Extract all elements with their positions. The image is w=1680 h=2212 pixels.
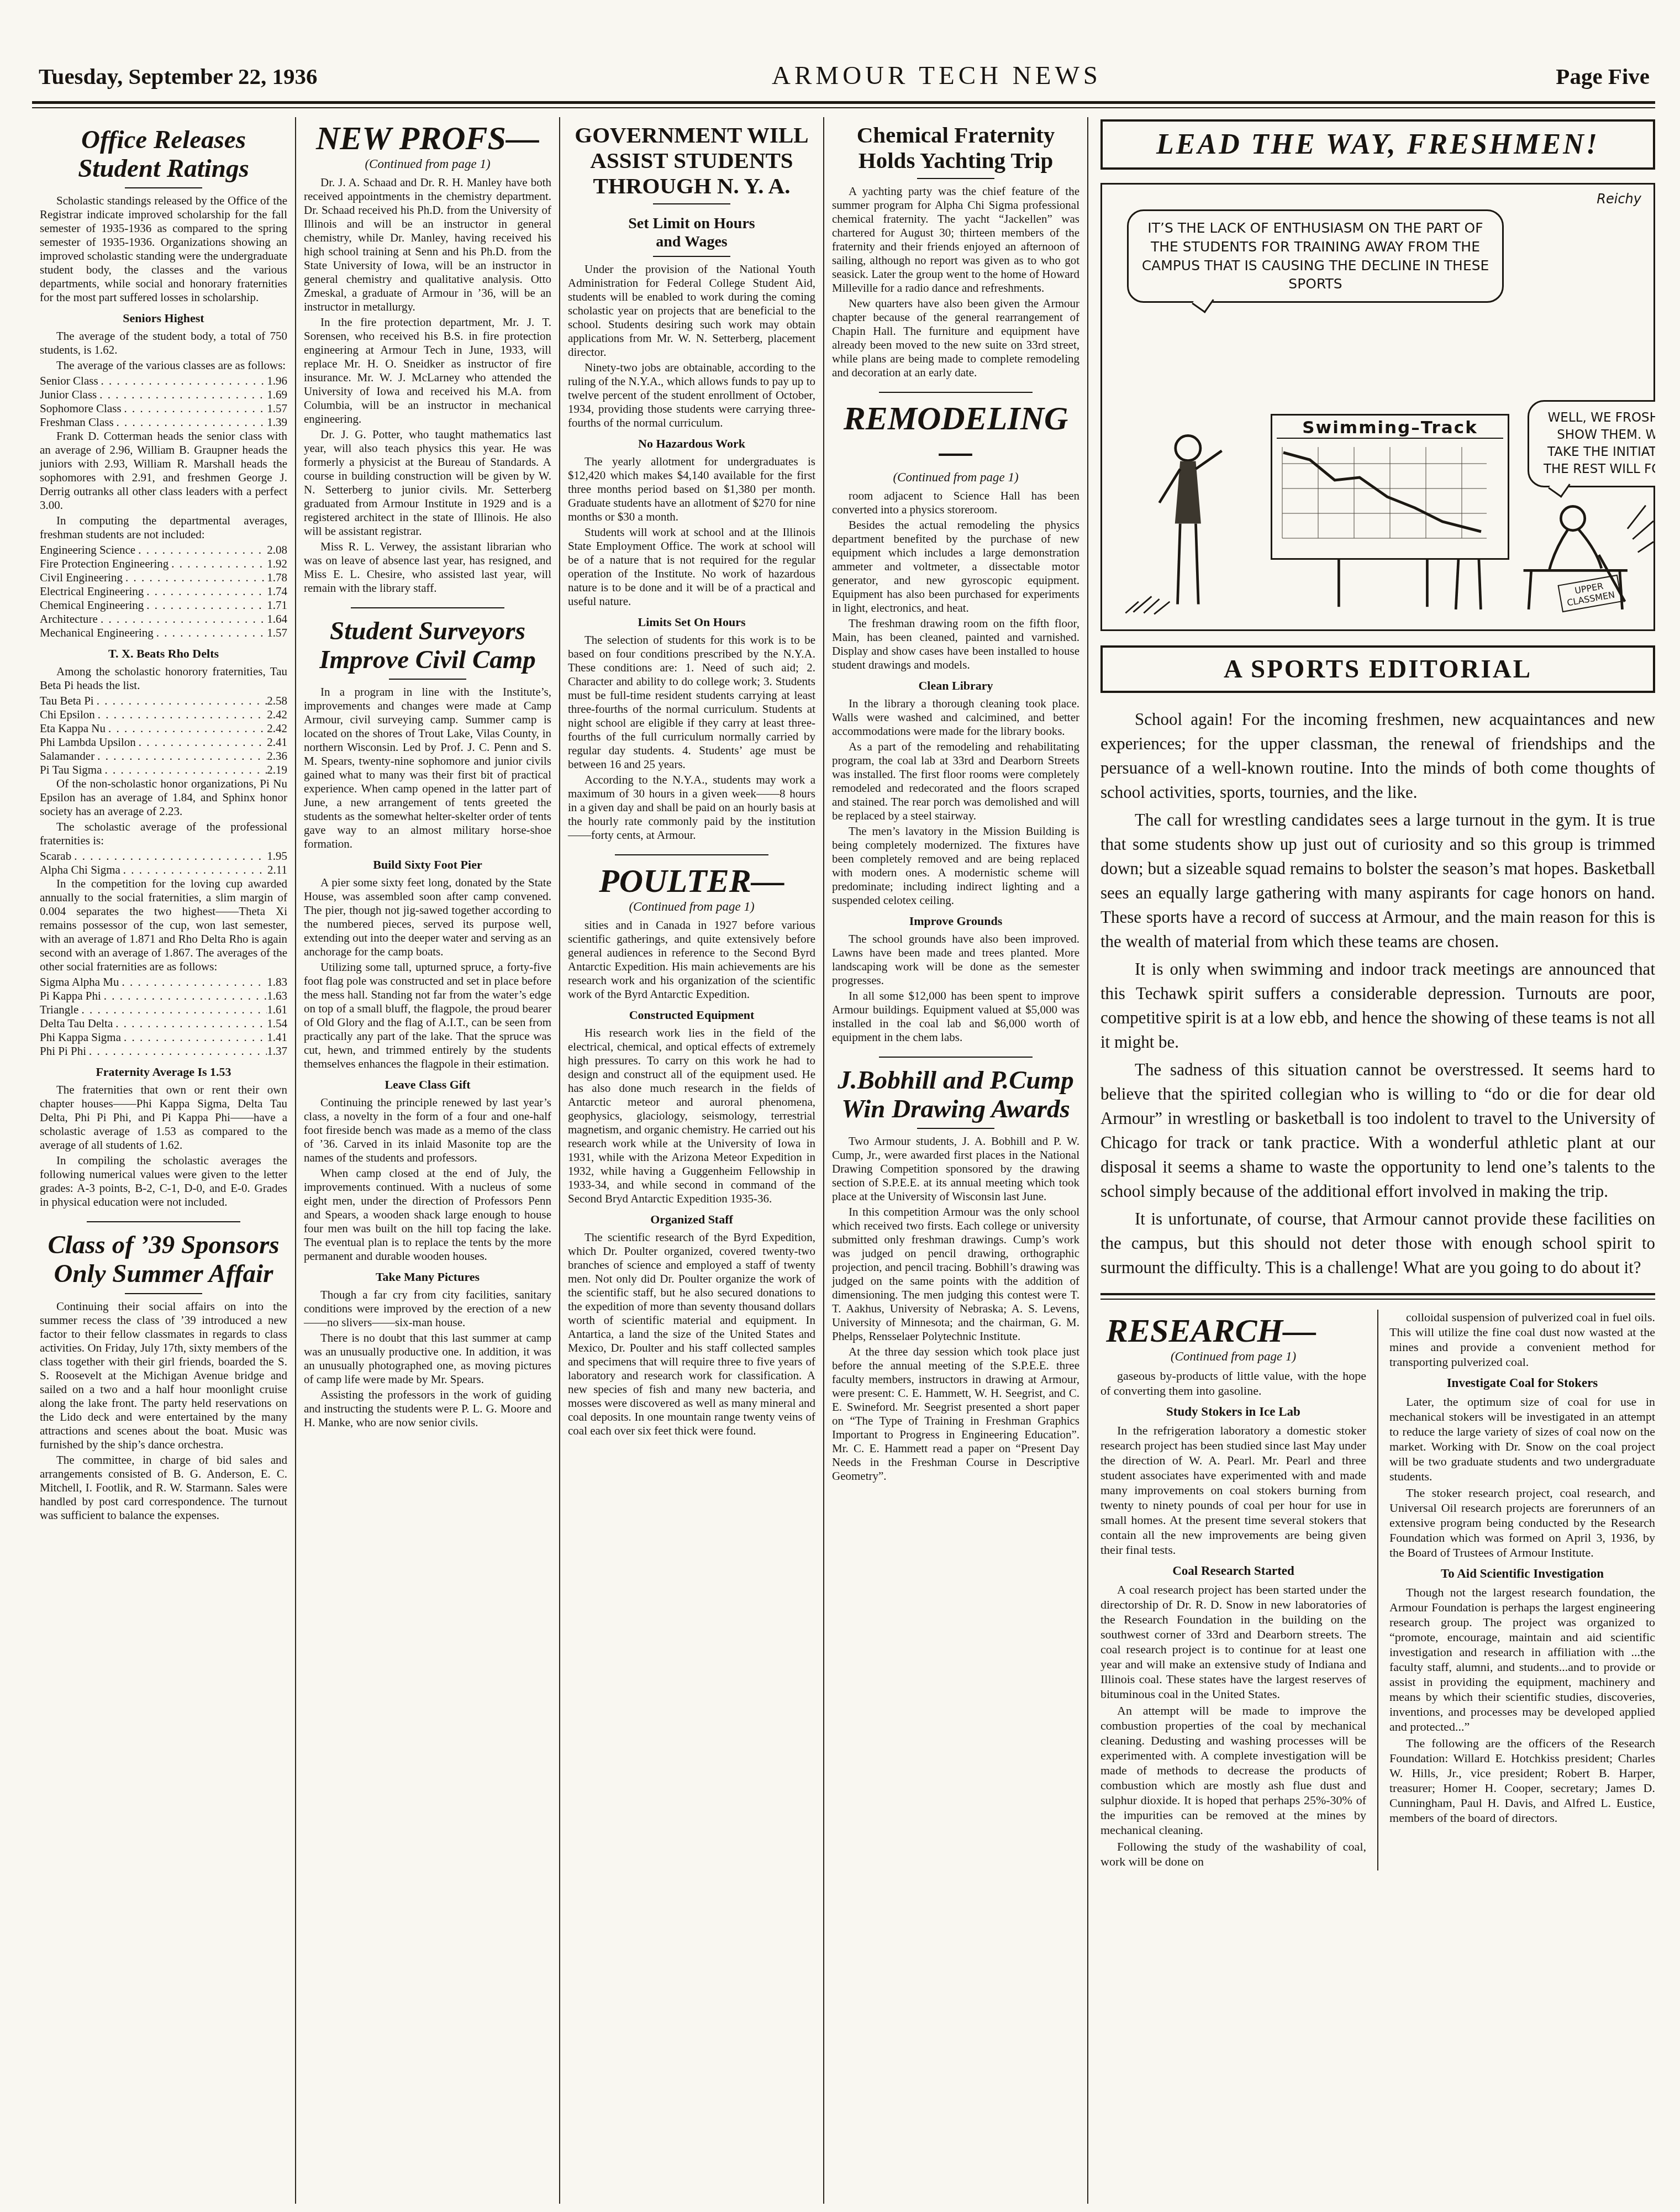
leader-dots xyxy=(168,557,267,571)
paragraph: Following the study of the washability o… xyxy=(1100,1839,1366,1869)
leader-dots xyxy=(78,1003,267,1017)
leader-value: 1.71 xyxy=(267,598,287,612)
leader-row: Mechanical Engineering1.57 xyxy=(40,626,287,640)
article-subhead: Fraternity Average Is 1.53 xyxy=(40,1065,287,1079)
leader-value: 1.41 xyxy=(267,1031,287,1044)
cartoon-title: LEAD THE WAY, FRESHMEN! xyxy=(1156,129,1599,160)
leader-dots xyxy=(121,1031,267,1044)
sports-editorial: A SPORTS EDITORIAL School again! For the… xyxy=(1100,645,1655,1280)
article-subhead: To Aid Scientific Investigation xyxy=(1389,1567,1655,1581)
title-rule xyxy=(917,178,994,179)
paragraph: There is no doubt that this last summer … xyxy=(304,1331,551,1386)
leader-label: Electrical Engineering xyxy=(40,585,144,598)
leader-value: 2.42 xyxy=(267,722,287,735)
leader-value: 2.58 xyxy=(267,694,287,708)
leader-value: 1.92 xyxy=(267,557,287,571)
article-deck: Set Limit on Hours and Wages xyxy=(568,214,815,251)
leader-value: 1.83 xyxy=(267,975,287,989)
paragraph: Though not the largest research foundati… xyxy=(1389,1585,1655,1734)
title-rule xyxy=(125,1293,202,1294)
article-student-surveyors: Student Surveyors Improve Civil Camp In … xyxy=(304,617,551,1430)
paragraph: Utilizing some tall, upturned spruce, a … xyxy=(304,960,551,1071)
leader-label: Junior Class xyxy=(40,388,97,402)
paragraph: The men’s lavatory in the Mission Buildi… xyxy=(832,824,1079,907)
cartoon-section: LEAD THE WAY, FRESHMEN! Reichy It’s the … xyxy=(1100,119,1655,631)
leader-dots xyxy=(119,975,267,989)
paragraph: Though a far cry from city facilities, s… xyxy=(304,1288,551,1330)
leader-label: Tau Beta Pi xyxy=(40,694,94,708)
article-body: room adjacent to Science Hall has been c… xyxy=(832,489,1079,1044)
article-title: POULTER— xyxy=(568,864,815,897)
leader-row: Sophomore Class1.57 xyxy=(40,402,287,416)
chart-title: Swimming–Track xyxy=(1277,418,1503,439)
article-subhead: No Hazardous Work xyxy=(568,437,815,451)
paragraph: In the fire protection department, Mr. J… xyxy=(304,316,551,426)
paragraph: New quarters have also been given the Ar… xyxy=(832,297,1079,380)
sleeper-body xyxy=(1550,529,1602,569)
article-body: Two Armour students, J. A. Bobhill and P… xyxy=(832,1134,1079,1483)
paragraph: The stoker research project, coal resear… xyxy=(1389,1485,1655,1560)
paragraph: The average of the student body, a total… xyxy=(40,329,287,357)
paragraph: sities and in Canada in 1927 before vari… xyxy=(568,918,815,1001)
column-1: Office Releases Student Ratings Scholast… xyxy=(32,117,296,2204)
leader-row: Chi Epsilon2.42 xyxy=(40,708,287,722)
leader-dots xyxy=(106,722,267,735)
paragraph: As a part of the remodeling and rehabili… xyxy=(832,740,1079,823)
article-subhead: Investigate Coal for Stokers xyxy=(1389,1376,1655,1390)
leader-label: Alpha Chi Sigma xyxy=(40,863,120,877)
leader-row: Phi Pi Phi1.37 xyxy=(40,1044,287,1058)
continued-note: (Continued from page 1) xyxy=(832,470,1079,485)
leader-value: 1.74 xyxy=(267,585,287,598)
paragraph: In the library a thorough cleaning took … xyxy=(832,697,1079,738)
speech-bubble-coach: It’s the lack of enthusiasm on the part … xyxy=(1127,209,1504,303)
article-subhead: Organized Staff xyxy=(568,1212,815,1227)
paragraph: It is unfortunate, of course, that Armou… xyxy=(1100,1207,1655,1280)
article-body: colloidal suspension of pulverized coal … xyxy=(1389,1310,1655,1825)
paragraph: School again! For the incoming freshmen,… xyxy=(1100,707,1655,805)
article-separator xyxy=(615,854,768,855)
professor-leg-left xyxy=(1178,524,1181,605)
paragraph: In the refrigeration laboratory a domest… xyxy=(1100,1423,1366,1557)
leader-label: Chi Epsilon xyxy=(40,708,95,722)
article-office-ratings: Office Releases Student Ratings Scholast… xyxy=(40,126,287,1209)
paragraph: In this competition Armour was the only … xyxy=(832,1205,1079,1343)
leader-row: Phi Kappa Sigma1.41 xyxy=(40,1031,287,1044)
paragraph: A coal research project has been started… xyxy=(1100,1582,1366,1701)
article-yachting-trip: Chemical Fraternity Holds Yachting Trip … xyxy=(832,123,1079,380)
leader-dots xyxy=(114,416,267,429)
article-title: Chemical Fraternity Holds Yachting Trip xyxy=(832,123,1079,174)
leader-row: Triangle1.61 xyxy=(40,1003,287,1017)
right-section: LEAD THE WAY, FRESHMEN! Reichy It’s the … xyxy=(1088,117,1655,2204)
leader-dots xyxy=(94,694,267,708)
article-poulter: POULTER— (Continued from page 1) sities … xyxy=(568,864,815,1438)
article-remodeling: REMODELING— (Continued from page 1) room… xyxy=(832,402,1079,1044)
paragraph: The freshman drawing room on the fifth f… xyxy=(832,617,1079,672)
paragraph: In compiling the scholastic averages the… xyxy=(40,1154,287,1209)
paragraph: The following are the officers of the Re… xyxy=(1389,1736,1655,1825)
paragraph: According to the N.Y.A., students may wo… xyxy=(568,773,815,842)
paragraph: Students will work at school and at the … xyxy=(568,526,815,608)
leader-label: Phi Pi Phi xyxy=(40,1044,86,1058)
leader-row: Tau Beta Pi2.58 xyxy=(40,694,287,708)
leader-row: Alpha Chi Sigma2.11 xyxy=(40,863,287,877)
leader-row: Chemical Engineering1.71 xyxy=(40,598,287,612)
speech-bubble-freshman: Well, we frosh will show them. We’ll tak… xyxy=(1528,400,1655,487)
leader-row: Pi Tau Sigma2.19 xyxy=(40,763,287,777)
research-column-right: colloidal suspension of pulverized coal … xyxy=(1377,1310,1655,1871)
cartoon-title-box: LEAD THE WAY, FRESHMEN! xyxy=(1100,119,1655,170)
paragraph: Frank D. Cotterman heads the senior clas… xyxy=(40,429,287,512)
leader-dots xyxy=(144,585,267,598)
article-subhead: Constructed Equipment xyxy=(568,1008,815,1022)
leader-value: 1.64 xyxy=(267,612,287,626)
masthead-page-number: Page Five xyxy=(1556,63,1650,90)
leader-dots xyxy=(113,1017,267,1031)
article-nya: GOVERNMENT WILL ASSIST STUDENTS THROUGH … xyxy=(568,123,815,842)
continued-note: (Continued from page 1) xyxy=(304,157,551,171)
paragraph: The fraternities that own or rent their … xyxy=(40,1083,287,1152)
title-rule xyxy=(125,187,202,188)
article-title: NEW PROFS— xyxy=(304,122,551,155)
leader-value: 1.39 xyxy=(267,416,287,429)
leader-row: Fire Protection Engineering1.92 xyxy=(40,557,287,571)
grass-strokes xyxy=(1125,596,1170,614)
sleeper-head xyxy=(1561,506,1584,530)
title-rule xyxy=(389,679,466,680)
leader-dots xyxy=(86,1044,267,1058)
paragraph: In a program in line with the Institute’… xyxy=(304,685,551,851)
paragraph: Two Armour students, J. A. Bobhill and P… xyxy=(832,1134,1079,1204)
paragraph: The selection of students for this work … xyxy=(568,633,815,771)
article-body: gaseous by-products of little value, wit… xyxy=(1100,1368,1366,1869)
newspaper-page: Tuesday, September 22, 1936 ARMOUR TECH … xyxy=(0,0,1680,2212)
leader-row: Engineering Science2.08 xyxy=(40,543,287,557)
leader-label: Sophomore Class xyxy=(40,402,122,416)
paragraph: Under the provision of the National Yout… xyxy=(568,262,815,359)
leader-dots xyxy=(136,735,267,749)
paragraph: Later, the optimum size of coal for use … xyxy=(1389,1394,1655,1484)
leader-row: Phi Lambda Upsilon2.41 xyxy=(40,735,287,749)
article-title: GOVERNMENT WILL ASSIST STUDENTS THROUGH … xyxy=(568,123,815,199)
bench-leg-right xyxy=(1620,570,1623,610)
masthead-date: Tuesday, September 22, 1936 xyxy=(39,63,318,90)
leader-dots xyxy=(101,989,267,1003)
professor-arm-left xyxy=(1160,469,1181,503)
sleeping-upperclassman xyxy=(1524,506,1653,610)
leader-dots xyxy=(97,388,267,402)
paragraph: When camp closed at the end of July, the… xyxy=(304,1167,551,1263)
article-body: Dr. J. A. Schaad and Dr. R. H. Manley ha… xyxy=(304,176,551,595)
leader-label: Civil Engineering xyxy=(40,571,123,585)
leader-label: Scarab xyxy=(40,849,71,863)
paragraph: The school grounds have also been improv… xyxy=(832,932,1079,987)
leader-label: Sigma Alpha Mu xyxy=(40,975,119,989)
leader-row: Electrical Engineering1.74 xyxy=(40,585,287,598)
paragraph: The call for wrestling candidates sees a… xyxy=(1100,808,1655,954)
leader-value: 1.57 xyxy=(267,402,287,416)
article-body: Scholastic standings released by the Off… xyxy=(40,194,287,1209)
leader-dots xyxy=(123,571,267,585)
leader-label: Pi Kappa Phi xyxy=(40,989,101,1003)
leader-label: Chemical Engineering xyxy=(40,598,144,612)
professor-figure xyxy=(1160,435,1222,604)
leader-label: Architecture xyxy=(40,612,98,626)
leader-dots xyxy=(94,749,267,763)
leader-label: Eta Kappa Nu xyxy=(40,722,106,735)
leader-dots xyxy=(144,598,267,612)
leader-value: 2.36 xyxy=(267,749,287,763)
leader-value: 1.54 xyxy=(267,1017,287,1031)
professor-head xyxy=(1176,435,1200,460)
paragraph: His research work lies in the field of t… xyxy=(568,1026,815,1206)
leader-row: Sigma Alpha Mu1.83 xyxy=(40,975,287,989)
article-title: Class of ’39 Sponsors Only Summer Affair xyxy=(40,1231,287,1288)
paragraph: The sadness of this situation cannot be … xyxy=(1100,1058,1655,1204)
column-4: Chemical Fraternity Holds Yachting Trip … xyxy=(824,117,1088,2204)
leader-value: 1.69 xyxy=(267,388,287,402)
leader-label: Phi Kappa Sigma xyxy=(40,1031,121,1044)
leader-label: Salamander xyxy=(40,749,94,763)
leader-row: Freshman Class1.39 xyxy=(40,416,287,429)
paragraph: In the competition for the loving cup aw… xyxy=(40,877,287,974)
leader-value: 2.19 xyxy=(267,763,287,777)
leader-dots xyxy=(120,863,267,877)
paragraph: Dr. J. A. Schaad and Dr. R. H. Manley ha… xyxy=(304,176,551,314)
article-subhead: Seniors Highest xyxy=(40,311,287,325)
section-rule xyxy=(1100,1293,1655,1300)
article-subhead: Limits Set On Hours xyxy=(568,615,815,629)
leader-row: Delta Tau Delta1.54 xyxy=(40,1017,287,1031)
leader-dots xyxy=(95,708,267,722)
paragraph: The committee, in charge of bid sales an… xyxy=(40,1453,287,1522)
paragraph: At the three day session which took plac… xyxy=(832,1345,1079,1483)
paragraph: room adjacent to Science Hall has been c… xyxy=(832,489,1079,517)
paragraph: The yearly allotment for undergraduates … xyxy=(568,455,815,524)
leader-row: Senior Class1.96 xyxy=(40,374,287,388)
article-separator xyxy=(879,1057,1033,1058)
sleep-motion-lines xyxy=(1628,506,1653,553)
paragraph: The scholastic average of the profession… xyxy=(40,820,287,848)
title-rule xyxy=(917,1128,994,1129)
cartoon-panel: Reichy It’s the lack of enthusiasm on th… xyxy=(1100,183,1655,631)
continued-note: (Continued from page 1) xyxy=(1100,1349,1366,1364)
cartoonist-signature: Reichy xyxy=(1597,191,1641,207)
article-body: In a program in line with the Institute’… xyxy=(304,685,551,1430)
paragraph: A pier some sixty feet long, donated by … xyxy=(304,876,551,959)
leader-row: Civil Engineering1.78 xyxy=(40,571,287,585)
article-subhead: Coal Research Started xyxy=(1100,1564,1366,1578)
article-title: Student Surveyors Improve Civil Camp xyxy=(304,617,551,674)
paragraph: Assisting the professors in the work of … xyxy=(304,1388,551,1430)
article-body: A yachting party was the chief feature o… xyxy=(832,185,1079,380)
article-new-profs: NEW PROFS— (Continued from page 1) Dr. J… xyxy=(304,122,551,595)
paragraph: gaseous by-products of little value, wit… xyxy=(1100,1368,1366,1398)
leader-dots xyxy=(154,626,267,640)
paragraph: A yachting party was the chief feature o… xyxy=(832,185,1079,295)
leader-dots xyxy=(102,763,267,777)
leader-value: 2.11 xyxy=(267,863,287,877)
article-subhead: T. X. Beats Rho Delts xyxy=(40,647,287,661)
paragraph: Continuing the principle renewed by last… xyxy=(304,1096,551,1165)
paragraph: Among the scholastic honorory fraterniti… xyxy=(40,665,287,692)
leader-row: Eta Kappa Nu2.42 xyxy=(40,722,287,735)
paragraph: Scholastic standings released by the Off… xyxy=(40,194,287,304)
leader-value: 2.08 xyxy=(267,543,287,557)
article-separator xyxy=(351,607,504,608)
leader-label: Senior Class xyxy=(40,374,98,388)
professor-leg-right xyxy=(1196,524,1198,605)
paragraph: Miss R. L. Verwey, the assistant librari… xyxy=(304,540,551,595)
leader-value: 1.78 xyxy=(267,571,287,585)
page-columns: Office Releases Student Ratings Scholast… xyxy=(32,117,1655,2204)
paragraph: Continuing their social affairs on into … xyxy=(40,1300,287,1452)
paragraph: Besides the actual remodeling the physic… xyxy=(832,518,1079,615)
column-3: GOVERNMENT WILL ASSIST STUDENTS THROUGH … xyxy=(560,117,824,2204)
decline-chart-board: Swimming–Track xyxy=(1271,414,1509,560)
paragraph: In computing the departmental averages, … xyxy=(40,514,287,542)
leader-label: Pi Tau Sigma xyxy=(40,763,102,777)
paragraph: The average of the various classes are a… xyxy=(40,359,287,372)
title-rule xyxy=(653,256,730,257)
article-class-39: Class of ’39 Sponsors Only Summer Affair… xyxy=(40,1231,287,1522)
title-rule xyxy=(653,203,730,204)
paragraph: It is only when swimming and indoor trac… xyxy=(1100,957,1655,1054)
leader-value: 1.63 xyxy=(267,989,287,1003)
leader-value: 2.41 xyxy=(267,735,287,749)
leader-row: Pi Kappa Phi1.63 xyxy=(40,989,287,1003)
article-title: J.Bobhill and P.Cump Win Drawing Awards xyxy=(832,1066,1079,1123)
paragraph: An attempt will be made to improve the c… xyxy=(1100,1703,1366,1837)
article-subhead: Leave Class Gift xyxy=(304,1078,551,1092)
leader-label: Mechanical Engineering xyxy=(40,626,154,640)
leader-row: Scarab1.95 xyxy=(40,849,287,863)
continued-note: (Continued from page 1) xyxy=(568,900,815,914)
article-research: RESEARCH— (Continued from page 1) gaseou… xyxy=(1100,1310,1655,1871)
leader-row: Junior Class1.69 xyxy=(40,388,287,402)
leader-row: Salamander2.36 xyxy=(40,749,287,763)
leader-dots xyxy=(71,849,267,863)
paragraph: colloidal suspension of pulverized coal … xyxy=(1389,1310,1655,1369)
bench-leg-left xyxy=(1529,570,1531,610)
leader-dots xyxy=(98,612,267,626)
leader-label: Phi Lambda Upsilon xyxy=(40,735,136,749)
masthead-title: ARMOUR TECH NEWS xyxy=(772,61,1102,91)
masthead: Tuesday, September 22, 1936 ARMOUR TECH … xyxy=(39,61,1650,91)
article-title: Office Releases Student Ratings xyxy=(40,126,287,183)
decline-chart-icon xyxy=(1277,439,1493,544)
article-title: RESEARCH— xyxy=(1106,1314,1366,1347)
paragraph: In all some $12,000 has been spent to im… xyxy=(832,989,1079,1044)
article-body: Continuing their social affairs on into … xyxy=(40,1300,287,1522)
paragraph: The scientific research of the Byrd Expe… xyxy=(568,1231,815,1438)
leader-dots xyxy=(135,543,267,557)
article-subhead: Take Many Pictures xyxy=(304,1270,551,1284)
declining-trend-line xyxy=(1283,453,1481,532)
leader-value: 1.96 xyxy=(267,374,287,388)
article-drawing-awards: J.Bobhill and P.Cump Win Drawing Awards … xyxy=(832,1066,1079,1483)
article-subhead: Study Stokers in Ice Lab xyxy=(1100,1405,1366,1419)
paragraph: Dr. J. G. Potter, who taught mathematics… xyxy=(304,428,551,538)
article-title: REMODELING— xyxy=(832,402,1079,468)
article-body: Under the provision of the National Yout… xyxy=(568,262,815,842)
article-separator xyxy=(879,392,1033,393)
editorial-title: A SPORTS EDITORIAL xyxy=(1100,645,1655,693)
masthead-rule xyxy=(32,101,1655,108)
leader-label: Engineering Science xyxy=(40,543,135,557)
article-body: sities and in Canada in 1927 before vari… xyxy=(568,918,815,1438)
paragraph: Of the non-scholastic honor organization… xyxy=(40,777,287,818)
leader-dots xyxy=(98,374,267,388)
paragraph: Ninety-two jobs are obtainable, accordin… xyxy=(568,361,815,430)
leader-label: Fire Protection Engineering xyxy=(40,557,168,571)
leader-value: 1.57 xyxy=(267,626,287,640)
article-separator xyxy=(87,1221,240,1222)
article-subhead: Build Sixty Foot Pier xyxy=(304,858,551,872)
leader-row: Architecture1.64 xyxy=(40,612,287,626)
column-2: NEW PROFS— (Continued from page 1) Dr. J… xyxy=(296,117,560,2204)
leader-label: Triangle xyxy=(40,1003,78,1017)
leader-value: 1.95 xyxy=(267,849,287,863)
leader-label: Freshman Class xyxy=(40,416,114,429)
leader-value: 1.61 xyxy=(267,1003,287,1017)
leader-dots xyxy=(122,402,267,416)
leader-value: 1.37 xyxy=(267,1044,287,1058)
leader-label: Delta Tau Delta xyxy=(40,1017,113,1031)
article-subhead: Clean Library xyxy=(832,679,1079,693)
research-column-left: RESEARCH— (Continued from page 1) gaseou… xyxy=(1100,1310,1377,1871)
leader-value: 2.42 xyxy=(267,708,287,722)
article-subhead: Improve Grounds xyxy=(832,914,1079,928)
editorial-body: School again! For the incoming freshmen,… xyxy=(1100,707,1655,1280)
